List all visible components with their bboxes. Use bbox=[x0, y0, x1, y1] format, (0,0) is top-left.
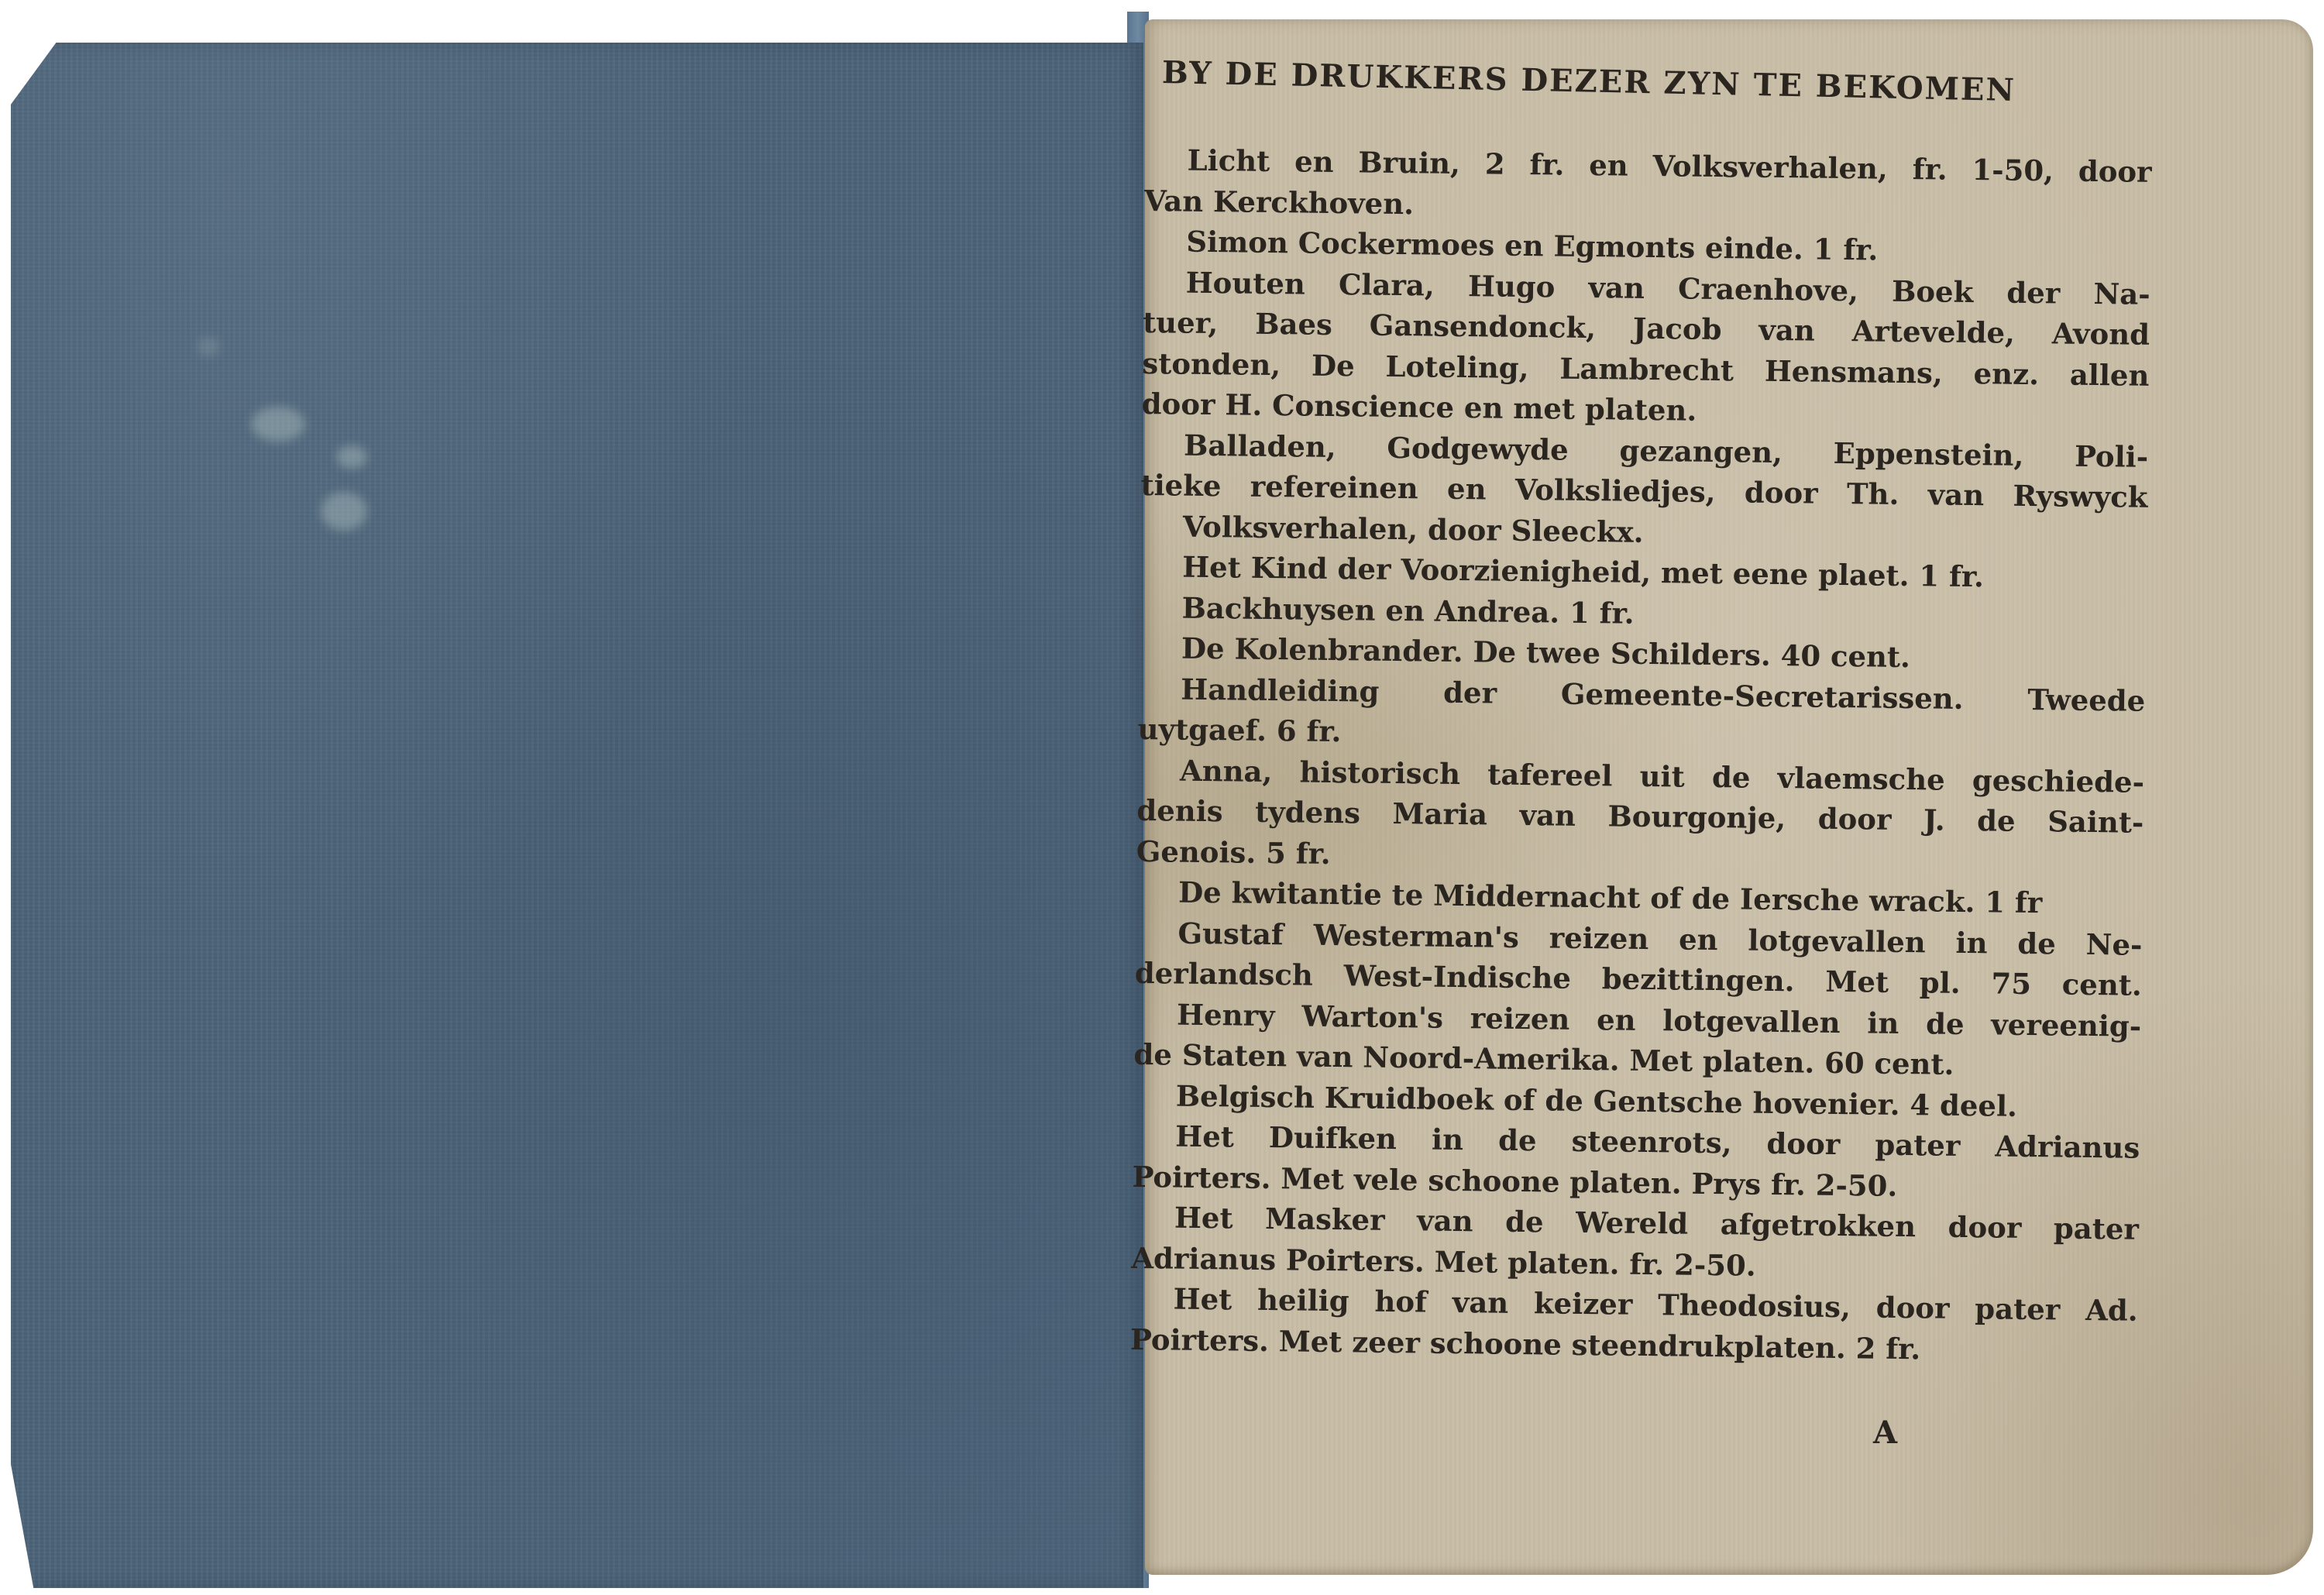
booklet-photo: BY DE DRUKKERS DEZER ZYN TE BEKOMEN Lich… bbox=[0, 0, 2324, 1595]
catalogue-list: Licht en Bruin, 2 fr. en Volksverhalen, … bbox=[1130, 139, 2152, 1372]
blue-cover bbox=[11, 43, 1143, 1588]
cover-stain bbox=[197, 337, 220, 356]
cover-stain bbox=[336, 445, 367, 469]
signature-mark: A bbox=[1873, 1415, 1897, 1451]
cover-stain bbox=[321, 492, 367, 531]
cover-stain bbox=[251, 407, 305, 442]
